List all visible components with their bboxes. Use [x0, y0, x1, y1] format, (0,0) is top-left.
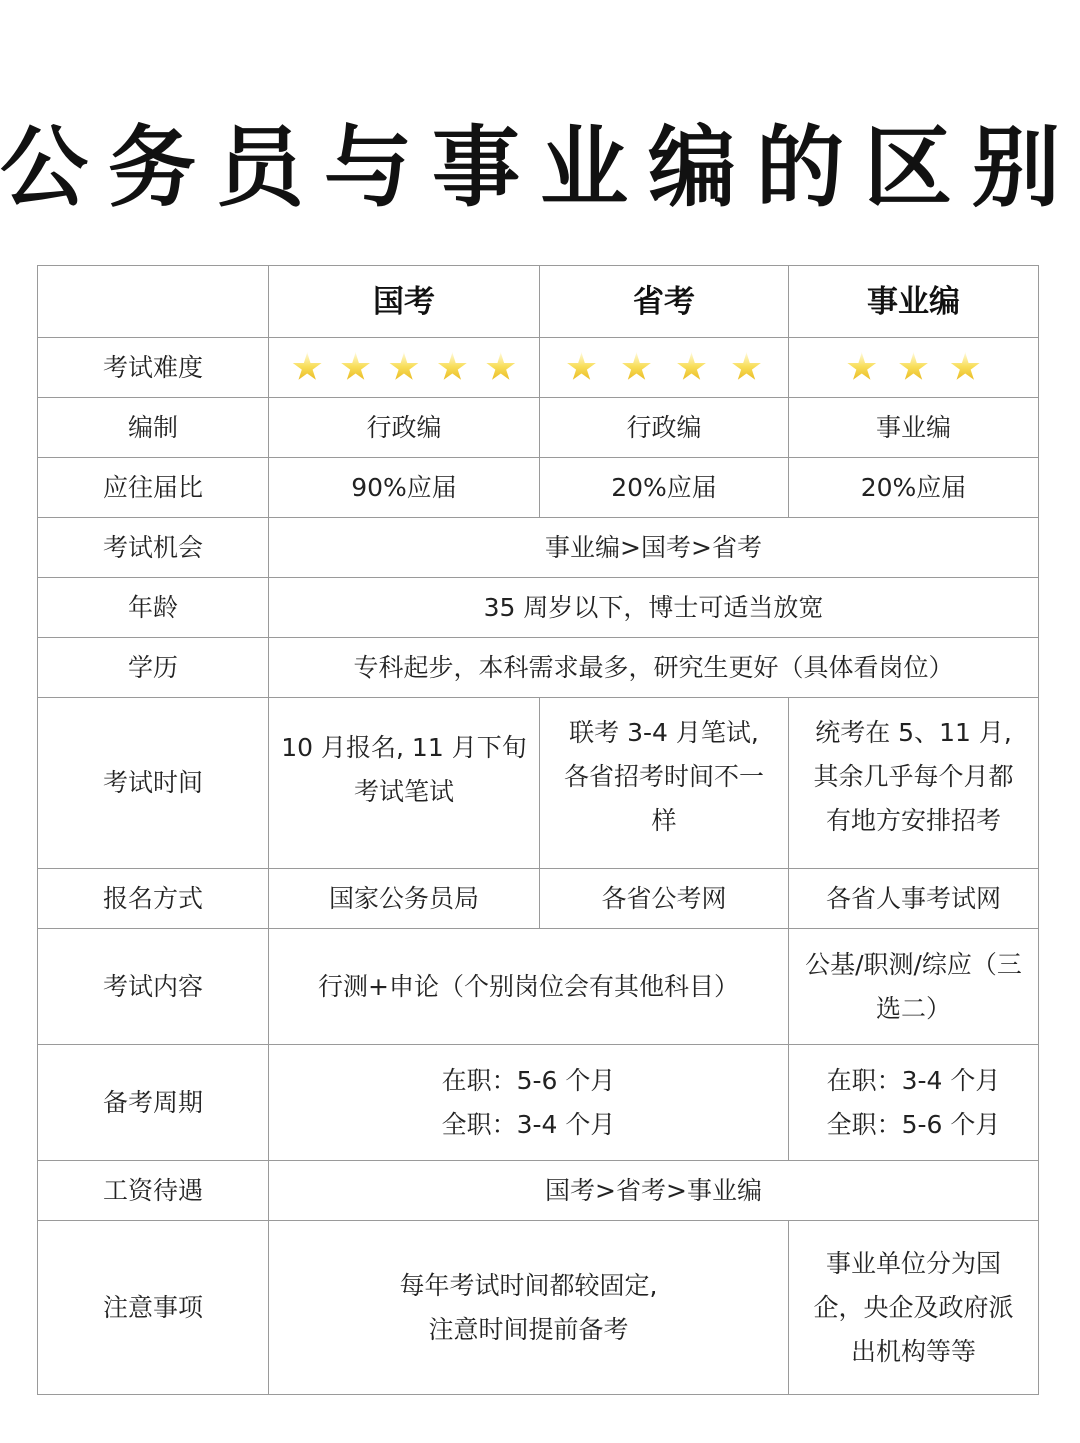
exam-time-shengkao: 联考 3-4 月笔试, 各省招考时间不一 样	[540, 698, 789, 869]
salary-value: 国考>省考>事业编	[269, 1161, 1039, 1221]
registration-shiyebian: 各省人事考试网	[789, 869, 1039, 929]
difficulty-guokao	[269, 338, 540, 398]
page-title: 公务员与事业编的区别	[0, 112, 1080, 222]
prep-period-shiyebian: 在职：3-4 个月 全职：5-6 个月	[789, 1045, 1039, 1161]
row-notes: 注意事项 每年考试时间都较固定, 注意时间提前备考 事业单位分为国 企，央企及政…	[38, 1221, 1039, 1395]
star-icon	[622, 353, 652, 383]
star-icon	[486, 353, 516, 383]
registration-shengkao: 各省公考网	[540, 869, 789, 929]
row-label: 应往届比	[38, 458, 269, 518]
star-icon	[950, 353, 980, 383]
star-icon	[292, 353, 322, 383]
row-label: 学历	[38, 638, 269, 698]
education-value: 专科起步，本科需求最多，研究生更好（具体看岗位）	[269, 638, 1039, 698]
graduate-ratio-shiyebian: 20%应届	[789, 458, 1039, 518]
star-icon	[677, 353, 707, 383]
registration-guokao: 国家公务员局	[269, 869, 540, 929]
establishment-shiyebian: 事业编	[789, 398, 1039, 458]
row-salary: 工资待遇 国考>省考>事业编	[38, 1161, 1039, 1221]
prep-period-civil: 在职：5-6 个月 全职：3-4 个月	[269, 1045, 789, 1161]
row-exam-content: 考试内容 行测+申论（个别岗位会有其他科目） 公基/职测/综应（三 选二）	[38, 929, 1039, 1045]
star-icon	[567, 353, 597, 383]
header-shengkao: 省考	[540, 266, 789, 338]
row-label: 报名方式	[38, 869, 269, 929]
row-exam-time: 考试时间 10 月报名, 11 月下旬 考试笔试 联考 3-4 月笔试, 各省招…	[38, 698, 1039, 869]
exam-opportunity-value: 事业编>国考>省考	[269, 518, 1039, 578]
row-establishment: 编制 行政编 行政编 事业编	[38, 398, 1039, 458]
comparison-table: 国考 省考 事业编 考试难度	[37, 265, 1039, 1395]
row-prep-period: 备考周期 在职：5-6 个月 全职：3-4 个月 在职：3-4 个月 全职：5-…	[38, 1045, 1039, 1161]
row-education: 学历 专科起步，本科需求最多，研究生更好（具体看岗位）	[38, 638, 1039, 698]
row-age: 年龄 35 周岁以下，博士可适当放宽	[38, 578, 1039, 638]
star-rating	[275, 353, 533, 383]
exam-content-shiyebian: 公基/职测/综应（三 选二）	[789, 929, 1039, 1045]
row-label: 考试时间	[38, 698, 269, 869]
star-rating	[795, 353, 1032, 383]
header-shiyebian: 事业编	[789, 266, 1039, 338]
age-value: 35 周岁以下，博士可适当放宽	[269, 578, 1039, 638]
header-empty-cell	[38, 266, 269, 338]
row-exam-opportunity: 考试机会 事业编>国考>省考	[38, 518, 1039, 578]
graduate-ratio-shengkao: 20%应届	[540, 458, 789, 518]
row-label: 年龄	[38, 578, 269, 638]
graduate-ratio-guokao: 90%应届	[269, 458, 540, 518]
row-label: 考试机会	[38, 518, 269, 578]
difficulty-shengkao	[540, 338, 789, 398]
star-rating	[546, 353, 782, 383]
row-label: 考试内容	[38, 929, 269, 1045]
star-icon	[437, 353, 467, 383]
star-icon	[341, 353, 371, 383]
row-label: 编制	[38, 398, 269, 458]
establishment-guokao: 行政编	[269, 398, 540, 458]
row-registration: 报名方式 国家公务员局 各省公考网 各省人事考试网	[38, 869, 1039, 929]
row-difficulty: 考试难度	[38, 338, 1039, 398]
exam-time-guokao: 10 月报名, 11 月下旬 考试笔试	[269, 698, 540, 869]
row-label: 工资待遇	[38, 1161, 269, 1221]
row-graduate-ratio: 应往届比 90%应届 20%应届 20%应届	[38, 458, 1039, 518]
star-icon	[732, 353, 762, 383]
notes-shiyebian: 事业单位分为国 企，央企及政府派 出机构等等	[789, 1221, 1039, 1395]
header-guokao: 国考	[269, 266, 540, 338]
row-label: 注意事项	[38, 1221, 269, 1395]
exam-content-civil: 行测+申论（个别岗位会有其他科目）	[269, 929, 789, 1045]
notes-civil: 每年考试时间都较固定, 注意时间提前备考	[269, 1221, 789, 1395]
establishment-shengkao: 行政编	[540, 398, 789, 458]
star-icon	[899, 353, 929, 383]
difficulty-shiyebian	[789, 338, 1039, 398]
star-icon	[389, 353, 419, 383]
exam-time-shiyebian: 统考在 5、11 月, 其余几乎每个月都 有地方安排招考	[789, 698, 1039, 869]
row-label: 考试难度	[38, 338, 269, 398]
star-icon	[847, 353, 877, 383]
header-row: 国考 省考 事业编	[38, 266, 1039, 338]
row-label: 备考周期	[38, 1045, 269, 1161]
